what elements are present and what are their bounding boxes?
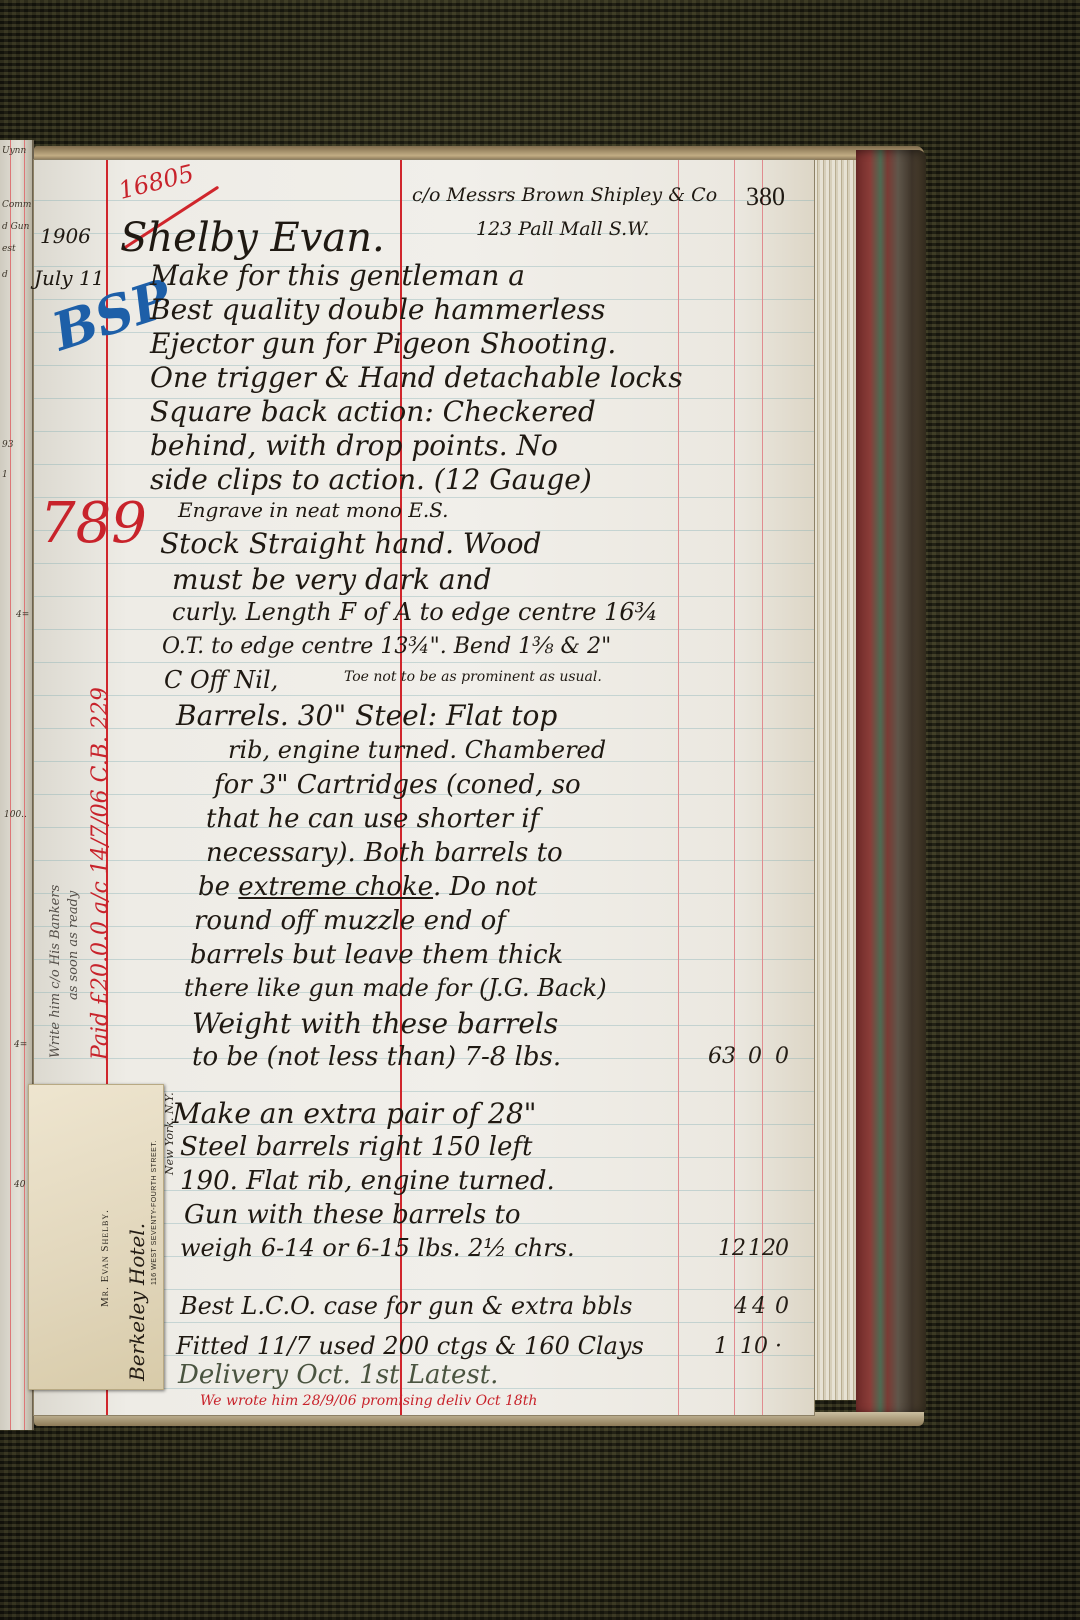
book-cover-marbled-edge xyxy=(856,150,926,1415)
page-block-edges xyxy=(814,160,856,1400)
card-name: Mr. Evan Shelby. xyxy=(99,1209,111,1307)
amount-pounds: 63 xyxy=(708,1044,736,1069)
entry-line: be extreme choke. Do not xyxy=(198,874,537,900)
entry-note-toe: Toe not to be as prominent as usual. xyxy=(344,670,602,684)
entry-line: rib, engine turned. Chambered xyxy=(228,738,606,762)
entry-line: barrels but leave them thick xyxy=(190,942,563,968)
entry-line: C Off Nil, xyxy=(164,668,278,692)
amount-pence: 0 xyxy=(775,1236,789,1261)
amount-column-rule xyxy=(762,160,763,1415)
entry-line: Fitted 11/7 used 200 ctgs & 160 Clays xyxy=(176,1334,644,1358)
red-footnote: We wrote him 28/9/06 promising deliv Oct… xyxy=(200,1394,537,1408)
entry-line: necessary). Both barrels to xyxy=(206,840,563,866)
left-page-fragment: 93 xyxy=(2,440,13,450)
left-page-margin-rule xyxy=(10,140,11,1430)
entry-line: to be (not less than) 7-8 lbs. xyxy=(192,1044,561,1070)
left-page-fragment: d xyxy=(2,270,8,280)
card-address: 116 West Seventy-Fourth Street. xyxy=(151,1140,158,1285)
entry-line: Stock Straight hand. Wood xyxy=(160,530,541,558)
entry-line: that he can use shorter if xyxy=(206,806,539,832)
address-line-1: c/o Messrs Brown Shipley & Co xyxy=(412,186,717,205)
left-page-fragment: d Gun xyxy=(2,222,29,232)
entry-line: O.T. to edge centre 13¾". Bend 1⅜ & 2" xyxy=(162,636,611,658)
pencil-note-line-2: as soon as ready xyxy=(66,891,81,1000)
entry-line: Steel barrels right 150 left xyxy=(180,1134,532,1160)
entry-line: side clips to action. (12 Gauge) xyxy=(150,466,592,494)
left-page-fragment: 100.. xyxy=(4,810,27,820)
entry-year: 1906 xyxy=(40,226,91,246)
entry-line: behind, with drop points. No xyxy=(150,432,558,460)
amount-shillings: 0 xyxy=(748,1044,762,1069)
address-line-2: 123 Pall Mall S.W. xyxy=(476,220,649,239)
left-page-fragment: 4= xyxy=(16,610,29,620)
amount-shillings: 10 xyxy=(740,1334,768,1359)
entry-line: One trigger & Hand detachable locks xyxy=(150,364,683,392)
customer-name: Shelby Evan. xyxy=(120,218,385,258)
amount-shillings: 12 xyxy=(748,1236,776,1261)
amount-pence: · xyxy=(775,1334,782,1359)
entry-line: Ejector gun for Pigeon Shooting. xyxy=(150,330,616,358)
card-city-handwritten: New York. N.Y. xyxy=(163,1092,176,1175)
entry-line: Square back action: Checkered xyxy=(150,398,596,426)
entry-line: Make for this gentleman a xyxy=(150,262,525,290)
amount-shillings: 4 xyxy=(752,1294,766,1319)
entry-line: for 3" Cartridges (coned, so xyxy=(214,772,581,798)
left-page-fragment: est xyxy=(2,244,16,254)
amount-pounds: 12 xyxy=(718,1236,746,1261)
amount-column-rule xyxy=(678,160,679,1415)
page-number: 380 xyxy=(746,184,785,210)
left-page-fragment: Uynn xyxy=(2,146,26,156)
amount-pounds: 4 xyxy=(734,1294,748,1319)
entry-date: July 11 xyxy=(34,268,104,288)
entry-line: weigh 6-14 or 6-15 lbs. 2½ chrs. xyxy=(180,1236,575,1260)
left-page-fragment: 1 xyxy=(2,470,8,480)
red-margin-number: 789 xyxy=(40,496,147,552)
entry-line: Barrels. 30" Steel: Flat top xyxy=(176,702,557,730)
amount-pence: 0 xyxy=(775,1044,789,1069)
entry-line: Make an extra pair of 28" xyxy=(172,1100,537,1128)
amount-column-rule xyxy=(734,160,735,1415)
amount-pence: 0 xyxy=(775,1294,789,1319)
amount-pounds: 1 xyxy=(714,1334,728,1359)
entry-line: there like gun made for (J.G. Back) xyxy=(184,976,607,1000)
pencil-note-line-1: Write him c/o His Bankers xyxy=(48,885,63,1058)
entry-line: Weight with these barrels xyxy=(192,1010,558,1038)
entry-line: must be very dark and xyxy=(172,566,492,594)
left-page-fragment: 4= xyxy=(14,1040,27,1050)
calling-card: Mr. Evan Shelby. 116 West Seventy-Fourth… xyxy=(28,1084,164,1390)
left-page-fragment: Commn xyxy=(2,200,34,210)
entry-line: curly. Length F of A to edge centre 16¾ xyxy=(172,600,658,624)
entry-line: Engrave in neat mono E.S. xyxy=(178,500,449,520)
underlined-extreme-choke: extreme choke xyxy=(238,872,433,902)
delivery-line: Delivery Oct. 1st Latest. xyxy=(178,1362,498,1388)
card-hotel-handwritten: Berkeley Hotel. xyxy=(125,1223,149,1381)
left-page-margin-rule xyxy=(24,140,25,1430)
entry-line: Gun with these barrels to xyxy=(184,1202,521,1228)
paid-note: Paid £20.0.0 a/c 14/7/06 C.B. 229 xyxy=(88,687,113,1060)
entry-line: Best L.C.O. case for gun & extra bbls xyxy=(180,1294,632,1318)
entry-line: 190. Flat rib, engine turned. xyxy=(180,1168,555,1194)
left-page-fragment: 40 xyxy=(14,1180,25,1190)
entry-line: round off muzzle end of xyxy=(194,908,506,934)
entry-line: Best quality double hammerless xyxy=(150,296,605,324)
